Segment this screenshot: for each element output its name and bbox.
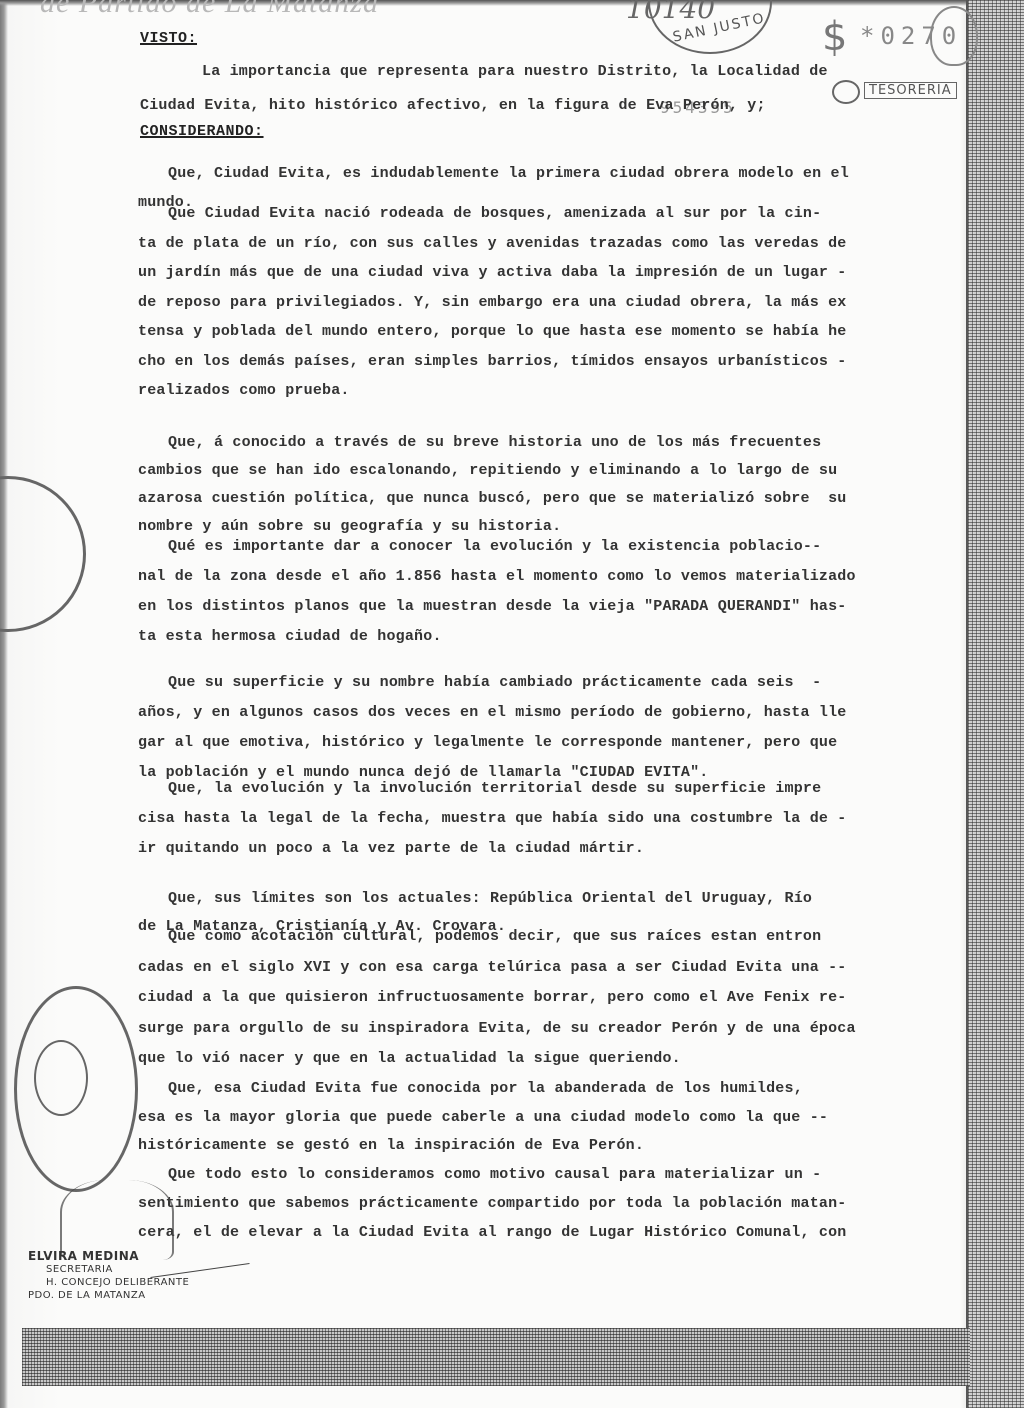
visto-line: Ciudad Evita, hito histórico afectivo, e…	[140, 97, 766, 114]
considerando-line: Que, á conocido a través de su breve his…	[168, 434, 821, 451]
signatory-title: SECRETARIA	[28, 1263, 189, 1276]
letterhead: de Partido de La Matanza	[40, 0, 379, 20]
argentine-coat-of-arms-icon	[34, 1040, 88, 1116]
considerando-line: cadas en el siglo XVI y con esa carga te…	[138, 959, 847, 976]
scanned-page: de Partido de La Matanza 10140 SAN JUSTO…	[0, 0, 1024, 1408]
considerando-line: la población y el mundo nunca dejó de ll…	[138, 764, 709, 781]
signatory-name: ELVIRA MEDINA	[28, 1250, 189, 1263]
considerando-line: ta esta hermosa ciudad de hogaño.	[138, 628, 442, 645]
considerando-line: en los distintos planos que la muestran …	[138, 598, 847, 615]
considerando-line: Que, sus límites son los actuales: Repúb…	[168, 890, 812, 907]
considerando-line: sentimiento que sabemos prácticamente co…	[138, 1195, 847, 1212]
considerando-line: nal de la zona desde el año 1.856 hasta …	[138, 568, 856, 585]
considerando-line: ir quitando un poco a la vez parte de la…	[138, 840, 644, 857]
considerando-line: ta de plata de un río, con sus calles y …	[138, 235, 847, 252]
coat-of-arms-icon	[930, 6, 978, 66]
considerando-line: que lo vió nacer y que en la actualidad …	[138, 1050, 681, 1067]
considerando-line: Que su superficie y su nombre había camb…	[168, 674, 821, 691]
considerando-line: esa es la mayor gloria que puede caberle…	[138, 1109, 828, 1126]
left-top-stamp	[0, 476, 86, 632]
signatory-district: PDO. DE LA MATANZA	[28, 1289, 189, 1302]
considerando-line: cambios que se han ido escalonando, repi…	[138, 462, 837, 479]
considerando-line: gar al que emotiva, histórico y legalmen…	[138, 734, 837, 751]
signatory-body: H. CONCEJO DELIBERANTE	[28, 1276, 189, 1289]
considerando-line: de reposo para privilegiados. Y, sin emb…	[138, 294, 847, 311]
considerando-line: ciudad a la que quisieron infructuosamen…	[138, 989, 847, 1006]
considerando-line: tensa y poblada del mundo entero, porque…	[138, 323, 847, 340]
tesoreria-stamp: TESORERIA	[864, 82, 957, 99]
considerando-heading: CONSIDERANDO:	[140, 123, 264, 140]
visto-line: La importancia que representa para nuest…	[202, 63, 828, 80]
considerando-line: Que, Ciudad Evita, es indudablemente la …	[168, 165, 849, 182]
considerando-line: históricamente se gestó en la inspiració…	[138, 1137, 644, 1154]
considerando-line: realizados como prueba.	[138, 382, 350, 399]
scan-noise-bottom	[22, 1328, 970, 1386]
tesoreria-seal-icon	[832, 80, 860, 104]
considerando-line: Qué es importante dar a conocer la evolu…	[168, 538, 821, 555]
scan-edge-right	[966, 0, 1024, 1408]
considerando-line: un jardín más que de una ciudad viva y a…	[138, 264, 847, 281]
considerando-line: Que como acotación cultural, podemos dec…	[168, 928, 821, 945]
considerando-line: azarosa cuestión política, que nunca bus…	[138, 490, 847, 507]
visto-heading: VISTO:	[140, 30, 197, 47]
considerando-line: cisa hasta la legal de la fecha, muestra…	[138, 810, 847, 827]
considerando-line: Que todo esto lo consideramos como motiv…	[168, 1166, 821, 1183]
considerando-line: surge para orgullo de su inspiradora Evi…	[138, 1020, 856, 1037]
considerando-line: cera, el de elevar a la Ciudad Evita al …	[138, 1224, 847, 1241]
considerando-line: nombre y aún sobre su geografía y su his…	[138, 518, 561, 535]
considerando-line: cho en los demás países, eran simples ba…	[138, 353, 847, 370]
signature-block: ELVIRA MEDINA SECRETARIA H. CONCEJO DELI…	[28, 1250, 189, 1302]
considerando-line: Que, esa Ciudad Evita fue conocida por l…	[168, 1080, 803, 1097]
signature-mark	[60, 1180, 174, 1260]
considerando-line: Que, la evolución y la involución territ…	[168, 780, 821, 797]
dollar-sign-icon: $	[822, 14, 847, 60]
considerando-line: Que Ciudad Evita nació rodeada de bosque…	[168, 205, 821, 222]
considerando-line: años, y en algunos casos dos veces en el…	[138, 704, 847, 721]
